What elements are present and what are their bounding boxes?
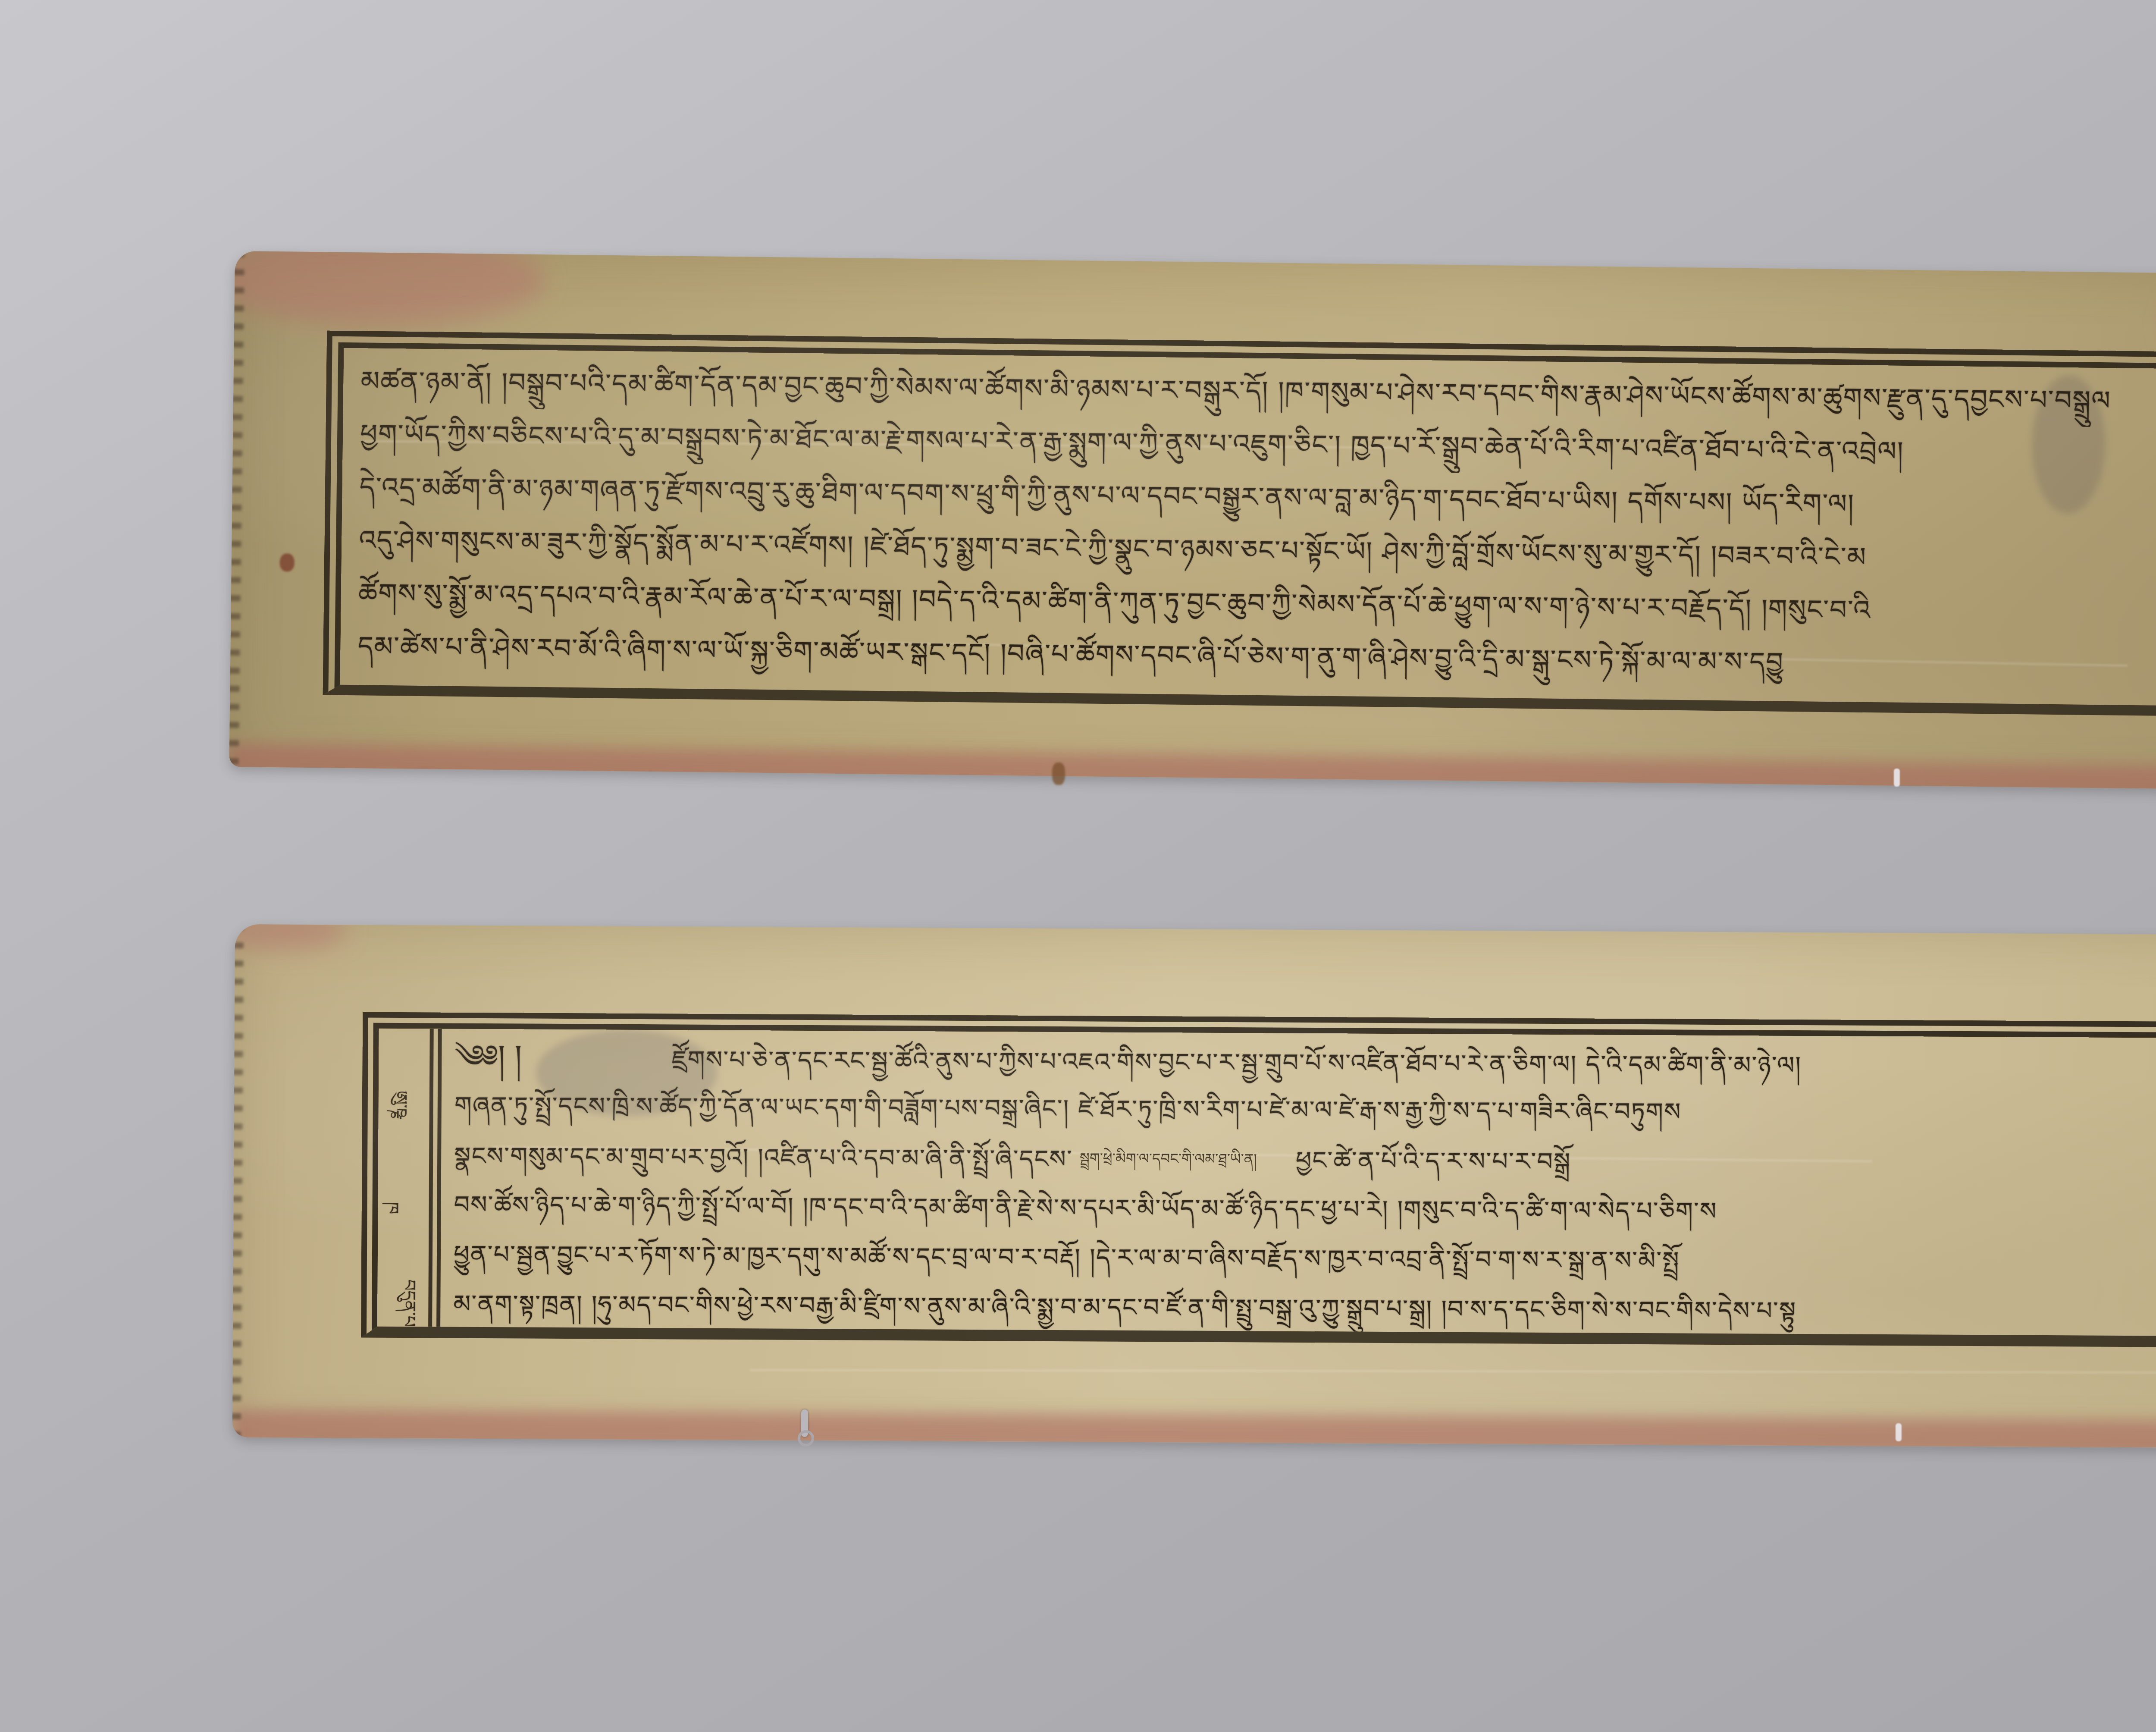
worn-left-edge	[232, 924, 244, 1437]
text-line: ཕྱང་ཚེ་ན་པོ་འི་ད་ར་ས་པ་ར་བསྒྲོ	[1296, 1146, 1571, 1176]
margin-compartment: ཨུ་ཥྞ ཁ བདུན་པ	[377, 1029, 442, 1327]
pink-bottom-edge	[232, 1410, 2156, 1449]
worn-left-edge	[229, 251, 244, 767]
text-frame: ཨུ་ཥྞ ཁ བདུན་པ ༄༅། །ཛྲོགས་པ་ཅེ་ན་དང་རང་ས…	[361, 1012, 2156, 1348]
text-frame: མཚན་ཉམ་ནོ། །བསྒྲུབ་པའི་དམ་ཚིག་དོན་དམ་བྱང…	[323, 330, 2156, 717]
paper-crease	[750, 1369, 2156, 1373]
folio-lower: ཨུ་ཥྞ ཁ བདུན་པ ༄༅། །ཛྲོགས་པ་ཅེ་ན་དང་རང་ས…	[232, 924, 2156, 1449]
pink-edge-stain	[232, 924, 347, 951]
text-area: ༄༅། །ཛྲོགས་པ་ཅེ་ན་དང་རང་སྦྱ་ཚོའི་ནུས་པ་ཀ…	[440, 1029, 2156, 1337]
text-line-with-headmark: ༄༅། །ཛྲོགས་པ་ཅེ་ན་དང་རང་སྦྱ་ཚོའི་ནུས་པ་ཀ…	[454, 1032, 2156, 1091]
text-line: བས་ཚོས་ཉིད་པ་ཆེ་ག་ཉིད་ཀྱི་སྤྲོ་པོ་ལ་བོ། …	[454, 1180, 2156, 1239]
folio-upper: མཚན་ཉམ་ནོ། །བསྒྲུབ་པའི་དམ་ཚིག་དོན་དམ་བྱང…	[229, 251, 2156, 791]
margin-volume-label: ཁ	[363, 1202, 412, 1214]
text-line: གཞན་ཏུ་སྤྲོ་དངས་ཁྲི་ས་ཚོད་ཀྱི་དོན་ལ་ཡང་ད…	[454, 1081, 2156, 1140]
text-line: སྣངས་གསུམ་དང་མ་གྲུབ་པར་བྱའོ། །འཛིན་པ་འི་…	[454, 1142, 1073, 1174]
pink-bottom-edge	[229, 744, 2156, 791]
photo-tibetan-pecha-manuscript: མཚན་ཉམ་ནོ། །བསྒྲུབ་པའི་དམ་ཚིག་དོན་དམ་བྱང…	[0, 0, 2156, 1732]
margin-title-label: ཨུ་ཥྞ	[372, 1091, 420, 1119]
margin-folio-number-label: བདུན་པ	[380, 1280, 429, 1327]
text-line: ཕྱུན་པ་སྦྱན་བྱུང་པ་ར་ཏོག་ས་ཏེ་མ་ཁྱར་དགུ་…	[454, 1230, 2156, 1289]
text-line: མ་ནག་སྟ་ཁྲན། །ཧུ་མད་བང་གིས་ཕྱེ་རས་བརྒྱ་མ…	[453, 1280, 2156, 1337]
pink-edge-stain	[229, 251, 545, 328]
red-paper-spot	[280, 553, 295, 571]
text-line: ཛྲོགས་པ་ཅེ་ན་དང་རང་སྦྱ་ཚོའི་ནུས་པ་ཀྱིས་པ…	[672, 1045, 1802, 1080]
yig-mgo-head-mark: ༄༅། །	[454, 1038, 522, 1075]
text-line-with-annotation: སྣངས་གསུམ་དང་མ་གྲུབ་པར་བྱའོ། །འཛིན་པ་འི་…	[454, 1131, 2156, 1190]
interlinear-annotation: སྦྲག་ཕྲེ་མིག་ལ་དབང་གི་ལམ་ཐྲ་ཡི་ན།	[1080, 1150, 1257, 1168]
blank-gap	[530, 1067, 672, 1068]
